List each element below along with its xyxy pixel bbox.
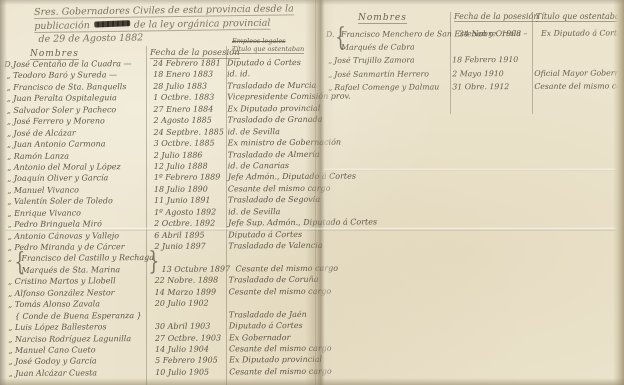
row-date: 22 Nobre. 1898: [155, 275, 229, 287]
right-page: Nombres Fecha de la posesión Título que …: [324, 0, 624, 385]
table-row: „ Juan Alcázar Cuesta 10 Julio 1905 Cesa…: [6, 366, 318, 380]
row-prefix: „: [5, 242, 14, 254]
row-date: [155, 317, 229, 318]
row-name: Enrique Vivanco: [14, 207, 154, 219]
row-prefix: „: [6, 356, 15, 368]
row-prefix: „: [6, 333, 15, 345]
row-name: Juan Alcázar Cuesta: [15, 367, 155, 379]
row-prefix: „: [326, 68, 334, 81]
row-prefix: „: [5, 139, 14, 151]
row-date: 2 Mayo 1910: [452, 66, 534, 80]
row-title: [229, 305, 318, 306]
row-name: Marqués de Cabra: [334, 40, 459, 54]
row-title: Diputado á Cortes: [227, 57, 316, 69]
row-date: 6 Abril 1895: [154, 229, 228, 241]
row-date: 1º Febrero 1889: [154, 172, 228, 184]
row-prefix: „: [326, 81, 334, 94]
row-date: 14 Julio 1904: [155, 343, 229, 355]
row-prefix: „: [5, 196, 14, 208]
row-name: Juan Antonio Carmona: [14, 138, 154, 150]
row-name: Cristino Martos y Llobell: [15, 275, 155, 287]
row-name: Francisco de Sta. Banquells: [13, 81, 153, 93]
column-header-date: Fecha de la posesión: [454, 12, 538, 21]
column-header-names: Nombres: [30, 49, 79, 59]
row-date: 3 Octbre. 1885: [154, 138, 228, 150]
row-name: Juan Peralta Ospitaleguia: [13, 92, 153, 104]
row-title: Ex ministro de Gobernación: [228, 137, 342, 149]
row-title: Trasladado de Jaén: [229, 308, 318, 320]
row-name: Manuel Vivanco: [14, 184, 154, 196]
row-date: 18 Febrero 1910: [452, 53, 534, 67]
row-title: Trasladado de Segovia: [228, 194, 320, 206]
row-prefix: „: [5, 150, 14, 162]
row-prefix: „: [4, 105, 13, 117]
row-prefix: „: [6, 368, 15, 380]
left-page: Sres. Gobernadores Civiles de esta provi…: [0, 0, 318, 385]
row-title: Ex Diputado á Cortes: [541, 26, 624, 40]
row-date: 31 Obre. 1912: [452, 80, 534, 94]
row-prefix: „: [4, 82, 13, 94]
row-title: Ex Gobernador: [229, 331, 318, 343]
row-prefix: „: [5, 173, 14, 185]
row-title: [235, 259, 317, 260]
row-title: Trasladado de Almería: [228, 148, 320, 160]
row-title: id. de Sevilla: [227, 125, 316, 137]
row-prefix: „: [6, 345, 15, 357]
row-prefix: „: [4, 93, 13, 105]
row-name: Manuel Cano Cueto: [15, 344, 155, 356]
row-name: Conde de Buena Esperanza: [15, 310, 155, 322]
row-date: 27 Octbre. 1903: [155, 332, 229, 344]
row-title: Trasladado de Coruña: [229, 274, 319, 286]
row-title: Trasladado de Valencia: [228, 240, 322, 252]
row-title: Cesante del mismo cargo: [229, 366, 332, 378]
row-prefix: D.: [4, 59, 13, 71]
row-date: 2 Julio 1886: [154, 149, 228, 161]
row-prefix: „: [5, 208, 14, 220]
row-prefix: „: [5, 253, 14, 265]
row-date: 2 Octbre. 1892: [154, 218, 228, 230]
row-name: Salvador Soler y Pacheco: [13, 104, 153, 116]
row-name: Joaquín Oliver y García: [14, 172, 154, 184]
column-header-title-annotation: Empleos legales Título que ostentaban: [232, 37, 304, 53]
row-prefix: „: [4, 116, 13, 128]
row-prefix: „: [6, 322, 15, 334]
row-date: 27 Enero 1884: [153, 103, 227, 115]
governors-list-right: D. Francisco Menchero de San Esteban y O…: [326, 26, 624, 93]
row-title: Cesante del mismo cargo: [235, 263, 338, 275]
row-name: Teodoro Baró y Sureda —: [13, 69, 153, 81]
row-prefix: „: [4, 128, 13, 140]
row-name: José Trujillo Zamora: [334, 54, 452, 68]
row-date: 2 Junio 1897: [154, 240, 228, 252]
row-date: 20 Julio 1902: [155, 298, 229, 310]
row-name: Pedro Miranda y de Cárcer: [14, 241, 154, 253]
document-scan: Sres. Gobernadores Civiles de esta provi…: [0, 0, 624, 385]
row-prefix: „: [4, 70, 13, 82]
row-prefix: „: [5, 185, 14, 197]
row-prefix: „: [5, 162, 14, 174]
row-date: 10 Julio 1905: [155, 366, 229, 378]
row-name: Tomás Alonso Zavala: [15, 298, 155, 310]
row-prefix: „: [6, 299, 15, 311]
row-date: 5 Febrero 1905: [155, 355, 229, 367]
row-title: Jefe Sup. Admón., Diputado á Cortes: [228, 217, 377, 229]
row-title: Jefe Admón., Diputado á Cortes: [228, 171, 356, 183]
row-name: Alfonso González Nestor: [15, 287, 155, 299]
row-name: Antonio Cánovas y Vallejo: [14, 230, 154, 242]
row-date: 2 Agosto 1885: [153, 115, 227, 127]
row-prefix: D.: [326, 28, 334, 41]
row-name: Antonio del Moral y López: [14, 161, 154, 173]
row-name: Rafael Comenge y Dalmau: [334, 80, 452, 94]
row-prefix: „: [5, 230, 14, 242]
row-prefix: „: [5, 219, 14, 231]
row-date: 18 Julio 1890: [154, 183, 228, 195]
row-title: Ex Diputado provincial: [229, 354, 322, 366]
row-date: 18 Enero 1883: [153, 69, 227, 81]
row-name: Francisco Menchero de San Esteban y Orto…: [334, 27, 459, 41]
row-name: José Centaño de la Cuadra —: [13, 58, 153, 70]
row-date: 13 Octubre 1897: [161, 263, 235, 275]
row-date: 11 Junio 1891: [154, 195, 228, 207]
row-date: [161, 260, 235, 261]
row-prefix: „: [6, 288, 15, 300]
row-title: Cesante del mismo cargo: [229, 343, 332, 355]
row-title: Cesante del mismo cargo: [534, 79, 624, 93]
row-name: José de Alcázar: [13, 127, 153, 139]
row-title: Trasladado de Murcia: [227, 80, 316, 92]
row-name: José Godoy y García: [15, 355, 155, 367]
crossed-out-word: [94, 20, 130, 27]
row-title: Ex Diputado provincial: [227, 103, 320, 115]
row-date: 28 Julio 1883: [153, 80, 227, 92]
row-title: Trasladado de Granada: [227, 114, 322, 126]
row-date: 1 Octbre. 1883: [153, 92, 227, 104]
row-title: id. de Canarias: [228, 160, 317, 172]
row-name: José Ferrero y Moreno: [13, 115, 153, 127]
row-prefix: „: [6, 276, 15, 288]
row-date: 14 Marzo 1899: [155, 286, 229, 298]
row-title: Cesante del mismo cargo: [229, 285, 332, 297]
row-prefix: „: [326, 54, 334, 67]
row-date: 30 Abril 1903: [155, 320, 229, 332]
row-name: Luis López Ballesteros: [15, 321, 155, 333]
row-date: 24 Febrero 1881: [153, 57, 227, 69]
column-header-title: Título que ostentaban: [536, 12, 624, 21]
row-title: Oficial Mayor Gobernación: [534, 66, 624, 80]
column-header-names: Nombres: [358, 13, 407, 23]
row-name: Valentín Soler de Toledo: [14, 195, 154, 207]
row-date: 24 Nobre. 1908 –: [459, 27, 541, 41]
row-date: 1º Agosto 1892: [154, 206, 228, 218]
row-date: 12 Julio 1888: [154, 160, 228, 172]
row-title: id. de Sevilla: [228, 206, 317, 218]
governors-list-left: D. José Centaño de la Cuadra — 24 Febrer…: [4, 57, 318, 379]
row-name: Ramón Lanza: [14, 149, 154, 161]
table-row: „ Rafael Comenge y Dalmau 31 Obre. 1912 …: [326, 79, 624, 94]
row-title: Cesante del mismo cargo: [228, 183, 331, 195]
row-name: Pedro Bringuela Miró: [14, 218, 154, 230]
row-title: id. id.: [227, 68, 316, 80]
row-name: Narciso Rodríguez Lagunilla: [15, 332, 155, 344]
row-name: José Sanmartín Herrero: [334, 67, 452, 81]
row-title: Diputado á Cortes: [228, 228, 317, 240]
row-title: Diputado á Cortes: [229, 320, 318, 332]
row-date: 24 Septbre. 1885: [153, 126, 227, 138]
